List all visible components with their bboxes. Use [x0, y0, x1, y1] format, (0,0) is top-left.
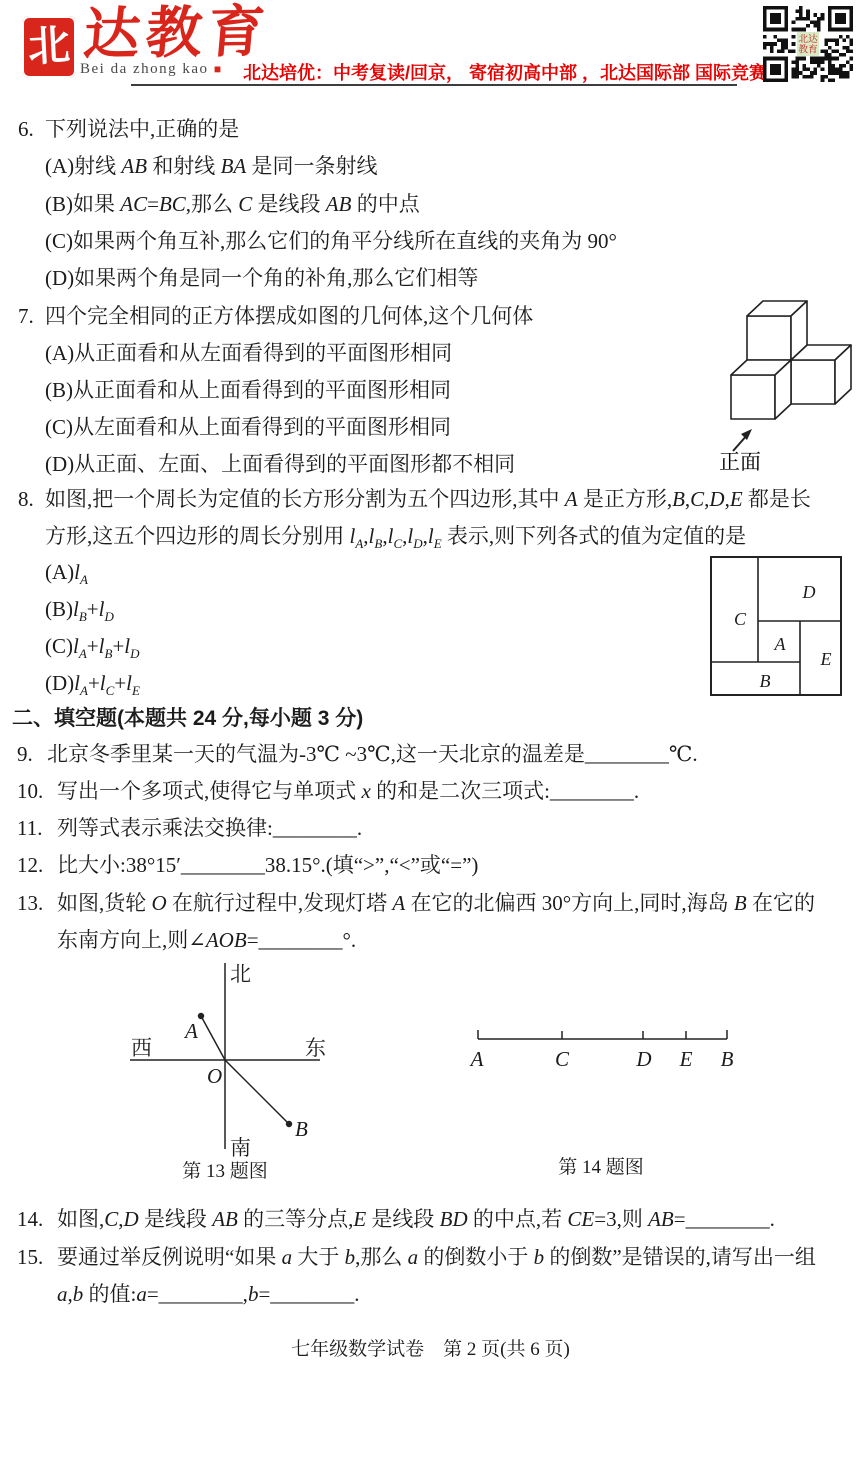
red-square-icon: ■ [214, 62, 223, 76]
header-slogan: 北达培优：中考复读/回京， 寄宿初高中部 ，北达国际部 国际竞赛部 [243, 59, 785, 85]
header-divider [131, 84, 737, 86]
question-8-rectangle-figure: C D A E B [710, 556, 842, 697]
seal-character: 北 [27, 25, 71, 69]
brand-seal-logo: 北 [22, 16, 76, 78]
question-7-option-b: (B)从正面看和从上面看得到的平面图形相同 [45, 377, 451, 403]
question-6-number: 6. [18, 116, 45, 142]
qr-center-text-2: 教育 [798, 43, 818, 56]
compass-north-label: 北 [230, 962, 251, 986]
point-a-dot [198, 1013, 204, 1019]
region-label-b: B [760, 671, 771, 691]
brand-subtitle: Bei da zhong kao ■ [80, 61, 223, 78]
question-12-number: 12. [17, 852, 57, 878]
question-13-number: 13. [17, 890, 57, 916]
question-13-line-1: 13. 如图,货轮 O 在航行过程中,发现灯塔 A 在它的北偏西 30°方向上,… [17, 890, 815, 916]
figure-13-caption: 第 13 题图 [150, 1156, 300, 1183]
question-7-number: 7. [18, 303, 45, 329]
region-label-c: C [734, 609, 747, 629]
segment-point-e: E [679, 1047, 693, 1071]
segment-point-b: B [721, 1047, 734, 1071]
region-label-e: E [820, 649, 832, 669]
region-label-d: D [802, 582, 816, 602]
question-8-option-b: (B)lB+lD [45, 596, 114, 630]
front-direction-arrow-icon [733, 429, 752, 451]
region-label-a: A [774, 634, 787, 654]
brand-name: 达教育 [81, 4, 272, 63]
question-8-option-a: (A)lA [45, 559, 88, 593]
question-10: 10. 写出一个多项式,使得它与单项式 x 的和是二次三项式:________. [17, 778, 639, 804]
question-12: 12. 比大小:38°15′________38.15°.(填“>”,“<”或“… [17, 852, 478, 878]
figure-14-caption: 第 14 题图 [526, 1152, 676, 1179]
origin-label: O [207, 1064, 222, 1088]
question-7-stem: 7. 四个完全相同的正方体摆成如图的几何体,这个几何体 [18, 303, 533, 329]
qr-center-text-1: 北达 [798, 32, 818, 45]
question-11-number: 11. [17, 815, 57, 841]
question-8-option-c: (C)lA+lB+lD [45, 633, 140, 667]
question-15-number: 15. [17, 1244, 57, 1270]
question-6-option-d: (D)如果两个角是同一个角的补角,那么它们相等 [45, 265, 478, 291]
question-9: 9. 北京冬季里某一天的气温为-3℃ ~3℃,这一天北京的温差是________… [17, 741, 698, 767]
point-a-label: A [183, 1019, 198, 1043]
question-10-number: 10. [17, 778, 57, 804]
question-6-option-b: (B)如果 AC=BC,那么 C 是线段 AB 的中点 [45, 191, 420, 217]
question-7-option-c: (C)从左面看和从上面看得到的平面图形相同 [45, 414, 451, 440]
segment-point-a: A [469, 1047, 484, 1071]
compass-east-label: 东 [305, 1036, 326, 1060]
question-8-stem-line-1: 8. 如图,把一个周长为定值的长方形分割为五个四边形,其中 A 是正方形,B,C… [18, 486, 811, 512]
question-14-number: 14. [17, 1206, 57, 1232]
question-7-cubes-figure: 正面 [695, 299, 853, 473]
question-13-line-2: 东南方向上,则∠AOB=________°. [57, 927, 356, 953]
point-b-dot [286, 1121, 292, 1127]
question-8-number: 8. [18, 486, 45, 512]
question-6-stem: 6. 下列说法中,正确的是 [18, 116, 239, 142]
segment-point-d: D [635, 1047, 651, 1071]
question-6-option-a: (A)射线 AB 和射线 BA 是同一条射线 [45, 153, 377, 179]
page-footer: 七年级数学试卷 第 2 页(共 6 页) [0, 1334, 861, 1361]
question-14: 14. 如图,C,D 是线段 AB 的三等分点,E 是线段 BD 的中点,若 C… [17, 1206, 775, 1232]
question-15-line-2: a,b 的值:a=________,b=________. [57, 1281, 360, 1307]
question-11: 11. 列等式表示乘法交换律:________. [17, 815, 362, 841]
segment-point-c: C [555, 1047, 570, 1071]
section-2-title: 二、填空题(本题共 24 分,每小题 3 分) [12, 706, 363, 732]
question-6-option-c: (C)如果两个角互补,那么它们的角平分线所在直线的夹角为 90° [45, 228, 617, 254]
question-7-option-a: (A)从正面看和从左面看得到的平面图形相同 [45, 340, 452, 366]
question-13-compass-figure: 北 南 西 东 O A B [127, 957, 332, 1189]
question-9-number: 9. [17, 741, 47, 767]
front-view-label: 正面 [719, 450, 761, 474]
question-14-segment-figure: A C D E B [470, 1024, 740, 1079]
question-8-stem-line-2: 方形,这五个四边形的周长分别用 lA,lB,lC,lD,lE 表示,则下列各式的… [45, 523, 746, 557]
question-7-option-d: (D)从正面、左面、上面看得到的平面图形都不相同 [45, 451, 515, 477]
question-8-option-d: (D)lA+lC+lE [45, 670, 140, 704]
compass-west-label: 西 [131, 1036, 152, 1060]
qr-code: 北达 教育 [762, 6, 854, 82]
exam-page: 北 达教育 Bei da zhong kao ■ 北达培优：中考复读/回京， 寄… [0, 0, 861, 1474]
question-15-line-1: 15. 要通过举反例说明“如果 a 大于 b,那么 a 的倒数小于 b 的倒数”… [17, 1244, 816, 1270]
point-b-label: B [295, 1117, 308, 1141]
